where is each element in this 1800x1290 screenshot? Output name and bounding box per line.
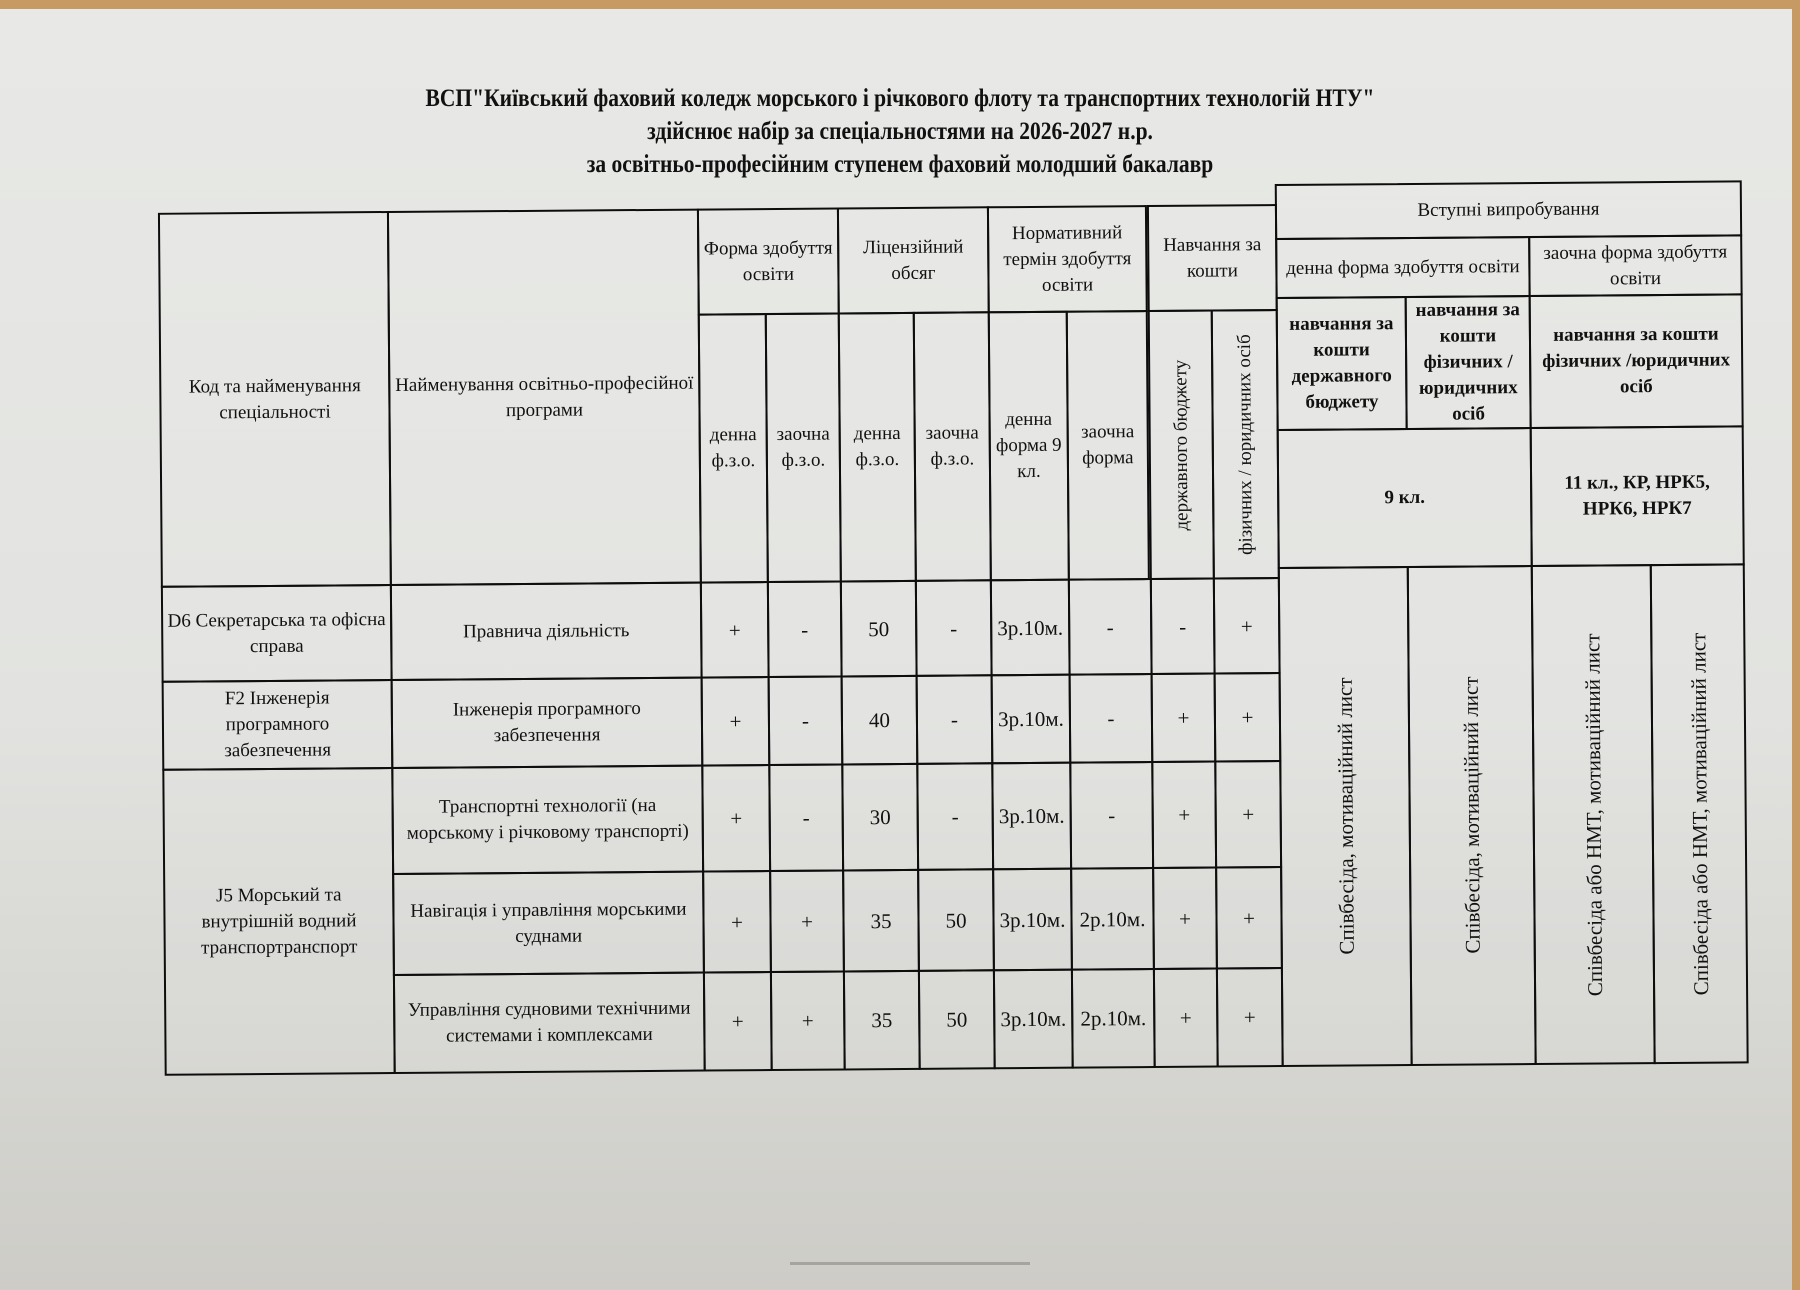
value-cell-funding-private: + [1216,967,1284,1068]
header-funding-private-cell: фізичних / юридичних осіб [1211,309,1280,580]
value-cell-form-extramural: - [768,675,844,766]
header-license-day: денна ф.з.о. [838,312,917,583]
value-cell-funding-state: + [1153,968,1219,1069]
specialty-cell: D6 Секретарська та офісна справа [161,584,393,683]
value-cell-term-extramural: - [1069,673,1154,764]
value-cell-term-day: 3р.10м. [991,674,1072,765]
header-form: Форма здобуття освіти [697,207,840,315]
value-cell-funding-state: + [1151,761,1217,870]
value-cell-form-day: + [703,971,773,1072]
header-form-extramural: заочна ф.з.о. [765,312,842,583]
header-term-extramural: заочна форма [1066,310,1150,581]
value-cell-term-day: 3р.10м. [990,579,1071,677]
program-cell: Управління судновими технічними системам… [393,972,706,1074]
entrance-exam-text: Співбесіда або НМТ, мотиваційний лист [1685,632,1714,995]
value-cell-funding-private: + [1215,866,1283,970]
header-entrance-day-state: навчання за кошти державного бюджету [1276,296,1408,431]
value-cell-term-extramural: 2р.10м. [1070,867,1155,971]
value-cell-form-day: + [700,581,770,679]
value-cell-term-extramural: 2р.10м. [1071,968,1156,1069]
header-entrance-day: денна форма здобуття освіти [1275,236,1530,299]
header-funding-private: фізичних / юридичних осіб [1231,334,1259,555]
value-cell-funding-private: + [1214,672,1282,763]
value-cell-term-day: 3р.10м. [991,762,1072,871]
header-entrance-extramural-basis: 11 кл., КР, НРК5, НРК6, НРК7 [1530,425,1745,567]
header-entrance-day-basis: 9 кл. [1277,427,1533,569]
value-cell-term-day: 3р.10м. [992,868,1073,972]
faded-stamp-line [790,1262,1030,1265]
header-license-extramural: заочна ф.з.о. [913,311,992,582]
header-entrance-extramural-private: навчання за кошти фізичних /юридичних ос… [1529,293,1744,429]
entrance-exam-cell: Співбесіда або НМТ, мотиваційний лист [1531,564,1656,1065]
value-cell-term-extramural: - [1068,578,1153,676]
value-cell-form-extramural: + [770,970,846,1071]
value-cell-form-day: + [701,764,771,873]
value-cell-license-extramural: 50 [918,969,996,1070]
admissions-table: Код та найменування спеціальності Наймен… [0,0,1800,1290]
entrance-exam-cell: Співбесіда, мотиваційний лист [1407,565,1537,1066]
program-cell: Навігація і управління морськими суднами [392,871,705,976]
program-cell: Правнича діяльність [390,582,703,681]
value-cell-term-day: 3р.10м. [993,969,1074,1070]
value-cell-funding-state: - [1150,578,1216,676]
entrance-exam-cell: Співбесіда, мотиваційний лист [1278,566,1413,1067]
value-cell-form-extramural: + [769,869,845,973]
header-entrance-extramural: заочна форма здобуття освіти [1528,234,1742,297]
value-cell-funding-state: + [1152,867,1218,971]
value-cell-form-extramural: - [767,580,843,678]
header-entrance-day-private: навчання за кошти фізичних /юридичних ос… [1405,295,1532,430]
value-cell-funding-private: + [1214,760,1282,869]
table-rows: Правнича діяльність+-50-3р.10м.--+Інжене… [0,0,1795,7]
header-funding-state-cell: державного бюджету [1148,310,1215,581]
value-cell-license-day: 50 [840,580,918,678]
value-cell-term-extramural: - [1069,761,1154,870]
entrance-exam-text: Співбесіда, мотиваційний лист [1458,677,1486,954]
header-funding-state: державного бюджету [1168,359,1195,530]
header-program: Найменування освітньо-професійної програ… [387,209,702,586]
value-cell-form-day: + [701,676,771,767]
entrance-exam-text: Співбесіда, мотиваційний лист [1331,678,1359,955]
header-entrance: Вступні випробування [1275,180,1742,240]
value-cell-funding-state: + [1151,673,1217,764]
header-term-day: денна форма 9 кл. [988,311,1070,582]
value-cell-license-day: 30 [841,763,919,872]
value-cell-license-extramural: - [915,579,993,677]
entrance-exam-text: Співбесіда або НМТ, мотиваційний лист [1579,633,1608,996]
value-cell-license-extramural: - [916,674,994,765]
program-cell: Транспортні технології (на морському і р… [391,765,704,875]
specialty-cell: F2 Інженерія програмного забезпечення [162,679,394,771]
entrance-exam-cell: Співбесіда або НМТ, мотиваційний лист [1650,563,1749,1064]
program-cell: Інженерія програмного забезпечення [391,677,704,769]
header-funding: Навчання за кошти [1147,204,1278,312]
header-form-day: денна ф.з.о. [698,313,769,584]
header-specialty: Код та найменування спеціальності [158,211,392,588]
header-license: Ліцензійний обсяг [837,206,990,314]
value-cell-license-day: 40 [841,675,919,766]
value-cell-license-extramural: 50 [917,868,995,972]
header-term: Нормативний термін здобуття освіти [987,205,1148,313]
value-cell-form-extramural: - [768,763,844,872]
value-cell-license-day: 35 [843,970,921,1071]
value-cell-form-day: + [702,870,772,974]
value-cell-funding-private: + [1213,577,1281,675]
value-cell-license-day: 35 [842,869,920,973]
specialty-cell: J5 Морський та внутрішній водний транспо… [162,767,395,1076]
value-cell-license-extramural: - [916,762,994,871]
